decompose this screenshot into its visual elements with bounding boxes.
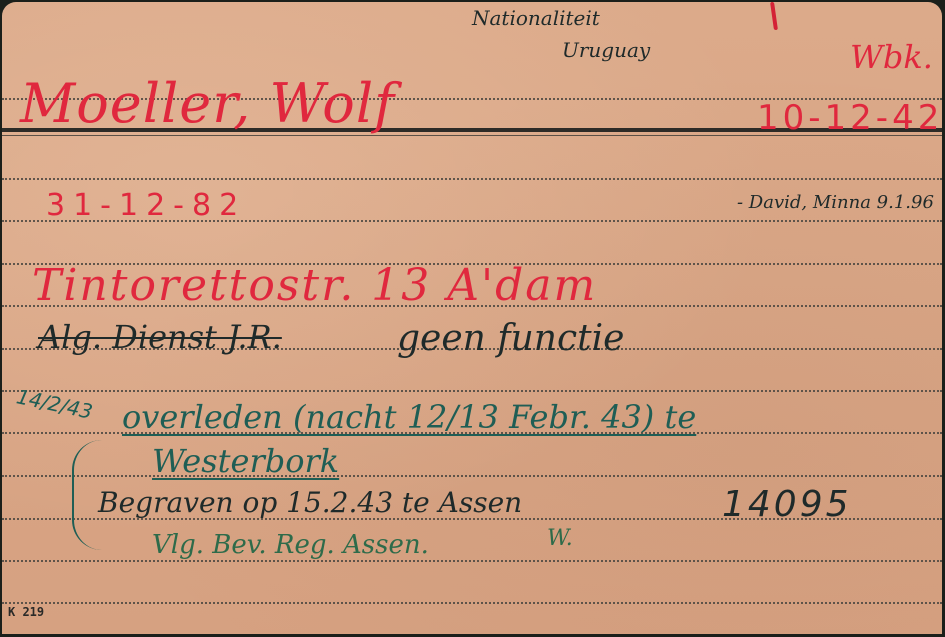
death-place: Westerbork: [152, 442, 339, 480]
nationality-value: Uruguay: [562, 38, 650, 62]
registry-reference: Vlg. Bev. Reg. Assen.: [152, 530, 429, 560]
registration-date: 10-12-42: [757, 98, 942, 138]
record-number: 14095: [722, 484, 852, 525]
ruled-line: [2, 475, 942, 477]
ruled-line: [2, 602, 942, 604]
registration-card: Nationaliteit Uruguay Wbk. Moeller, Wolf…: [2, 2, 942, 634]
birth-date: 31-12-82: [46, 188, 246, 223]
occupation-struck: Alg. Dienst J.R.: [38, 318, 282, 356]
occupation: geen functie: [397, 318, 624, 359]
form-code: K 219: [8, 605, 44, 619]
spouse-info: - David, Minna 9.1.96: [737, 192, 934, 213]
death-statement: overleden (nacht 12/13 Febr. 43) te: [122, 398, 696, 436]
office-code: Wbk.: [850, 38, 933, 76]
ruled-line: [2, 390, 942, 392]
burial-record: Begraven op 15.2.43 te Assen: [98, 486, 522, 519]
nationality-label: Nationaliteit: [472, 6, 600, 30]
ruled-line: [2, 178, 942, 180]
red-tick-mark: [770, 2, 778, 30]
ruled-line: [2, 560, 942, 562]
registry-initials: W.: [547, 526, 573, 551]
person-name: Moeller, Wolf: [20, 72, 395, 135]
address: Tintorettostr. 13 A'dam: [32, 260, 597, 311]
